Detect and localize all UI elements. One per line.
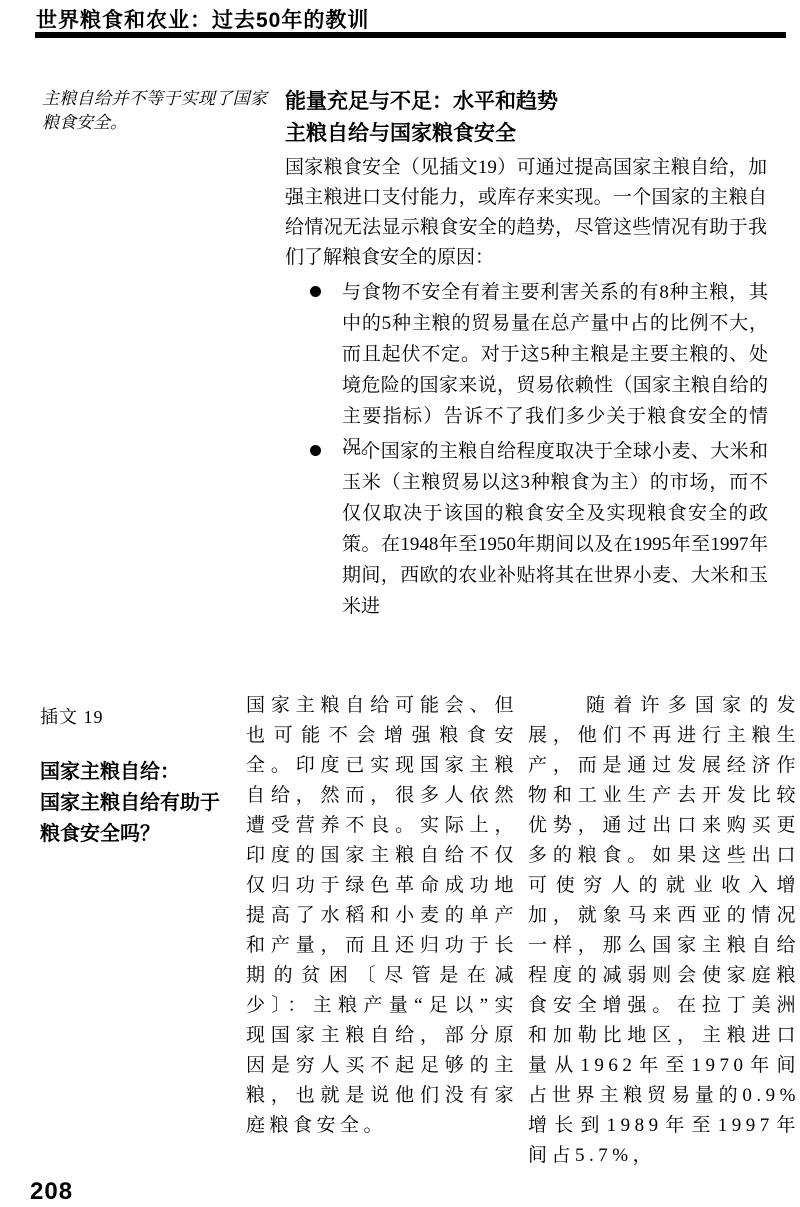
box-title-line: 国家主粮自给： xyxy=(40,757,220,788)
document-page: 世界粮食和农业：过去50年的教训 主粮自给并不等于实现了国家粮食安全。 能量充足… xyxy=(0,0,800,1207)
bullet-icon xyxy=(310,445,321,456)
page-number: 208 xyxy=(30,1178,73,1206)
running-header-title: 世界粮食和农业：过去50年的教训 xyxy=(36,4,369,34)
bullet-icon xyxy=(310,286,321,297)
box-text-column-right: 随着许多国家的发展，他们不再进行主粮生产，而是通过发展经济作物和工业生产去开发比… xyxy=(528,691,800,1171)
subsection-heading: 主粮自给与国家粮食安全 xyxy=(285,117,516,147)
bullet-text: 一个国家的主粮自给程度取决于全球小麦、大米和玉米（主粮贸易以这3种粮食为主）的市… xyxy=(342,436,768,622)
section-heading: 能量充足与不足：水平和趋势 xyxy=(285,85,558,115)
header-rule xyxy=(35,32,786,38)
intro-paragraph: 国家粮食安全（见插文19）可通过提高国家主粮自给，加强主粮进口支付能力，或库存来… xyxy=(285,153,767,273)
bullet-item: 一个国家的主粮自给程度取决于全球小麦、大米和玉米（主粮贸易以这3种粮食为主）的市… xyxy=(310,436,768,622)
margin-note: 主粮自给并不等于实现了国家粮食安全。 xyxy=(42,87,267,135)
box-label: 插文 19 xyxy=(40,703,104,729)
box-title-line: 粮食安全吗？ xyxy=(40,819,220,850)
box-title-line: 国家主粮自给有助于 xyxy=(40,788,220,819)
box-title: 国家主粮自给： 国家主粮自给有助于 粮食安全吗？ xyxy=(40,757,220,850)
box-text-column-left: 国家主粮自给可能会、但也可能不会增强粮食安全。印度已实现国家主粮自给，然而，很多… xyxy=(246,691,518,1141)
